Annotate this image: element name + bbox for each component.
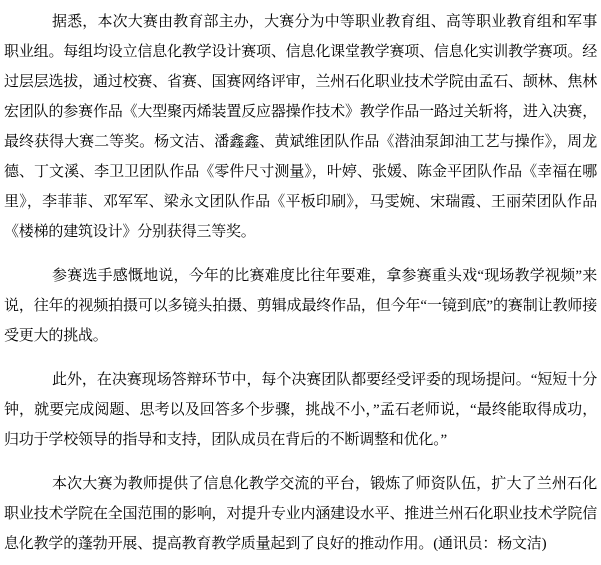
article-paragraph-awards: 据悉，本次大赛由教育部主办，大赛分为中等职业教育组、高等职业教育组和军事职业组。…: [4, 7, 597, 247]
article-paragraph-conclusion: 本次大赛为教师提供了信息化教学交流的平台，锻炼了师资队伍，扩大了兰州石化职业技术…: [4, 469, 597, 559]
article-paragraph-difficulty: 参赛选手感慨地说，今年的比赛难度比往年要难，拿参赛重头戏“现场教学视频”来说，往…: [4, 261, 597, 351]
document-body: 据悉，本次大赛由教育部主办，大赛分为中等职业教育组、高等职业教育组和军事职业组。…: [0, 0, 601, 559]
article-paragraph-defense: 此外，在决赛现场答辩环节中，每个决赛团队都要经受评委的现场提问。“短短十分钟，就…: [4, 365, 597, 455]
